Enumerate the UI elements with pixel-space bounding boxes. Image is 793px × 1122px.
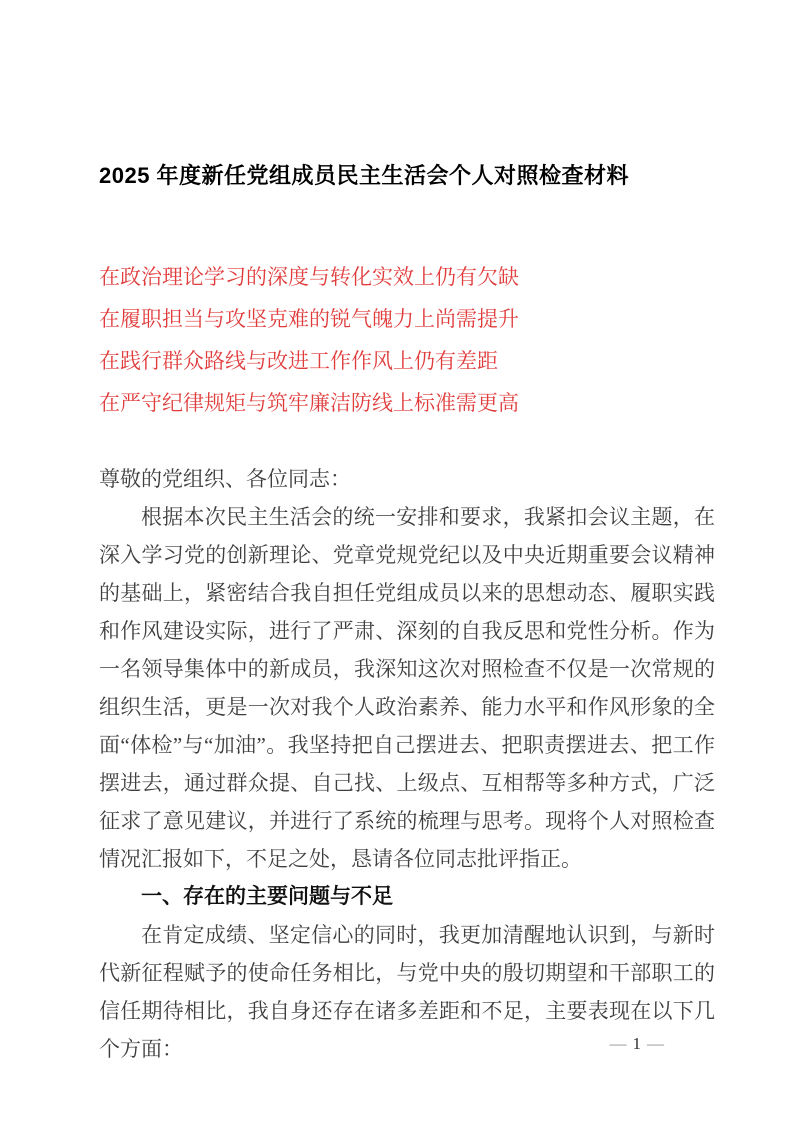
red-headline-block: 在政治理论学习的深度与转化实效上仍有欠缺 在履职担当与攻坚克难的锐气魄力上尚需提… [99,256,715,424]
page-number-footer: —1— [604,1035,671,1052]
page-number-dash-left: — [604,1034,633,1053]
red-headline-1: 在政治理论学习的深度与转化实效上仍有欠缺 [99,256,715,298]
page-number-dash-right: — [641,1034,670,1053]
red-headline-3: 在践行群众路线与改进工作作风上仍有差距 [99,340,715,382]
document-title: 2025 年度新任党组成员民主生活会个人对照检查材料 [99,160,715,192]
page-number-value: 1 [633,1034,642,1053]
document-page: 2025 年度新任党组成员民主生活会个人对照检查材料 在政治理论学习的深度与转化… [0,0,793,1122]
salutation-line: 尊敬的党组织、各位同志： [99,460,715,498]
document-content: 2025 年度新任党组成员民主生活会个人对照检查材料 在政治理论学习的深度与转化… [99,0,715,1068]
body-paragraph-1: 根据本次民主生活会的统一安排和要求，我紧扣会议主题，在深入学习党的创新理论、党章… [99,498,715,878]
section-heading-1: 一、存在的主要问题与不足 [99,878,715,916]
red-headline-2: 在履职担当与攻坚克难的锐气魄力上尚需提升 [99,298,715,340]
red-headline-4: 在严守纪律规矩与筑牢廉洁防线上标准需更高 [99,382,715,424]
